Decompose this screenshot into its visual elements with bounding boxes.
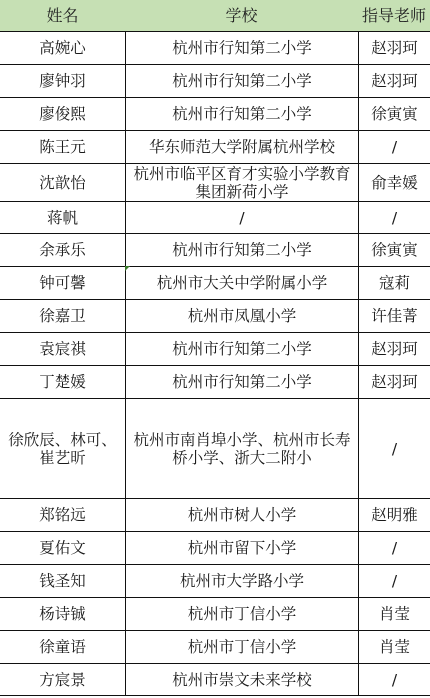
teacher-name: 赵明雅 <box>358 499 430 531</box>
header-teacher: 指导老师 <box>358 0 430 31</box>
school-name: 杭州市崇文未来学校 <box>125 664 358 695</box>
student-name: 徐嘉卫 <box>0 300 125 332</box>
school-name: / <box>125 202 358 233</box>
school-name: 杭州市行知第二小学 <box>125 65 358 97</box>
student-name: 廖俊熙 <box>0 98 125 130</box>
table-row: 丁楚媛杭州市行知第二小学赵羽珂 <box>0 366 430 399</box>
school-name: 杭州市留下小学 <box>125 532 358 564</box>
table-row: 方宸景杭州市崇文未来学校/ <box>0 664 430 696</box>
school-name: 杭州市行知第二小学 <box>125 333 358 365</box>
student-name: 蒋帆 <box>0 202 125 233</box>
student-name: 廖钟羽 <box>0 65 125 97</box>
school-name: 杭州市行知第二小学 <box>125 32 358 64</box>
teacher-name: / <box>358 664 430 695</box>
student-name: 陈王元 <box>0 131 125 163</box>
student-name: 杨诗铖 <box>0 598 125 630</box>
table-header: 姓名 学校 指导老师 <box>0 0 430 32</box>
header-name: 姓名 <box>0 0 125 31</box>
school-name: 杭州市行知第二小学 <box>125 234 358 266</box>
table-row: 陈王元华东师范大学附属杭州学校/ <box>0 131 430 164</box>
school-name: 杭州市丁信小学 <box>125 598 358 630</box>
table-row: 杨诗铖杭州市丁信小学肖莹 <box>0 598 430 631</box>
school-name: 杭州市大关中学附属小学 <box>125 267 358 299</box>
teacher-name: 赵羽珂 <box>358 65 430 97</box>
student-name: 钟可馨 <box>0 267 125 299</box>
table-body: 高婉心杭州市行知第二小学赵羽珂廖钟羽杭州市行知第二小学赵羽珂廖俊熙杭州市行知第二… <box>0 32 430 696</box>
school-name: 杭州市临平区育才实验小学教育集团新荷小学 <box>125 164 358 201</box>
student-name: 余承乐 <box>0 234 125 266</box>
student-name: 徐童语 <box>0 631 125 663</box>
table-row: 高婉心杭州市行知第二小学赵羽珂 <box>0 32 430 65</box>
table-row: 余承乐杭州市行知第二小学徐寅寅 <box>0 234 430 267</box>
student-name: 徐欣辰、林可、崔艺昕 <box>0 399 125 498</box>
table-row: 沈歆怡杭州市临平区育才实验小学教育集团新荷小学俞幸媛 <box>0 164 430 202</box>
teacher-name: 赵羽珂 <box>358 366 430 398</box>
teacher-name: 徐寅寅 <box>358 234 430 266</box>
school-name: 杭州市丁信小学 <box>125 631 358 663</box>
teacher-name: / <box>358 532 430 564</box>
teacher-name: 赵羽珂 <box>358 32 430 64</box>
student-name: 郑铭远 <box>0 499 125 531</box>
teacher-name: / <box>358 202 430 233</box>
table-row: 郑铭远杭州市树人小学赵明雅 <box>0 499 430 532</box>
student-name: 袁宸祺 <box>0 333 125 365</box>
student-name: 丁楚媛 <box>0 366 125 398</box>
school-name: 杭州市凤凰小学 <box>125 300 358 332</box>
student-table: 姓名 学校 指导老师 高婉心杭州市行知第二小学赵羽珂廖钟羽杭州市行知第二小学赵羽… <box>0 0 430 696</box>
school-name: 华东师范大学附属杭州学校 <box>125 131 358 163</box>
teacher-name: 许佳菁 <box>358 300 430 332</box>
table-row: 徐嘉卫杭州市凤凰小学许佳菁 <box>0 300 430 333</box>
teacher-name: 赵羽珂 <box>358 333 430 365</box>
table-row: 徐欣辰、林可、崔艺昕杭州市南肖埠小学、杭州市长寿桥小学、浙大二附小/ <box>0 399 430 499</box>
school-name: 杭州市树人小学 <box>125 499 358 531</box>
header-school: 学校 <box>125 0 358 31</box>
table-row: 钟可馨杭州市大关中学附属小学寇莉 <box>0 267 430 300</box>
teacher-name: / <box>358 131 430 163</box>
teacher-name: / <box>358 399 430 498</box>
table-row: 廖钟羽杭州市行知第二小学赵羽珂 <box>0 65 430 98</box>
school-name: 杭州市行知第二小学 <box>125 366 358 398</box>
table-row: 钱圣知杭州市大学路小学/ <box>0 565 430 598</box>
teacher-name: 肖莹 <box>358 598 430 630</box>
school-name: 杭州市大学路小学 <box>125 565 358 597</box>
teacher-name: 肖莹 <box>358 631 430 663</box>
table-row: 夏佑文杭州市留下小学/ <box>0 532 430 565</box>
teacher-name: 徐寅寅 <box>358 98 430 130</box>
table-row: 袁宸祺杭州市行知第二小学赵羽珂 <box>0 333 430 366</box>
student-name: 钱圣知 <box>0 565 125 597</box>
table-row: 廖俊熙杭州市行知第二小学徐寅寅 <box>0 98 430 131</box>
teacher-name: / <box>358 565 430 597</box>
student-name: 高婉心 <box>0 32 125 64</box>
table-row: 徐童语杭州市丁信小学肖莹 <box>0 631 430 664</box>
teacher-name: 寇莉 <box>358 267 430 299</box>
student-name: 方宸景 <box>0 664 125 695</box>
school-name: 杭州市南肖埠小学、杭州市长寿桥小学、浙大二附小 <box>125 399 358 498</box>
table-row: 蒋帆// <box>0 202 430 234</box>
cell-comment-marker-icon <box>125 266 130 271</box>
student-name: 沈歆怡 <box>0 164 125 201</box>
school-name: 杭州市行知第二小学 <box>125 98 358 130</box>
teacher-name: 俞幸媛 <box>358 164 430 201</box>
student-name: 夏佑文 <box>0 532 125 564</box>
